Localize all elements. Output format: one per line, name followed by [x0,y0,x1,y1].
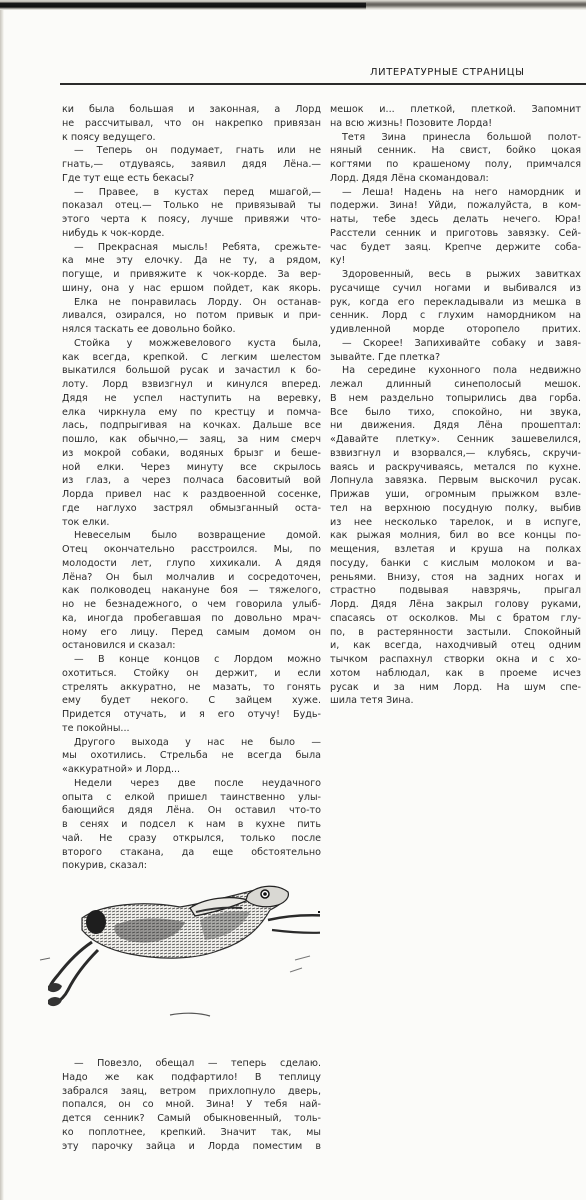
text-line: показал отец.— Только не привязывай ты [62,199,321,213]
text-line: и, как всегда, находчивый отец одним [330,639,581,653]
text-line: Лорд. Дядя Лёна скомандовал: [330,172,581,186]
text-line: Елка не понравилась Лорду. Он останав- [62,296,321,310]
text-line: нялся таскать ее довольно бойко. [62,323,321,337]
text-line: ко поплотнее, крепкий. Значит так, мы [62,1126,321,1140]
text-line: — Скорее! Запихивайте собаку и завя- [330,337,581,351]
text-line: забрался заяц, ветром прихлопнуло дверь, [62,1085,321,1099]
hare-illustration [20,850,320,1025]
text-line: На середине кухонного пола недвижно [330,364,581,378]
text-line: не рассчитывал, что он накрепко привязан [62,117,321,131]
text-line: на всю жизнь! Позовите Лорда! [330,117,581,131]
text-line: погуще, и привяжите к чок-корде. За вер- [62,268,321,282]
text-line: когтями по крашеному полу, примчался [330,158,581,172]
text-line: опыта с елкой пришел таинственно улы- [62,791,321,805]
text-line: из мокрой собаки, водяных брызг и беше- [62,447,321,461]
text-line: выкатился большой русак и зачастил к бо- [62,364,321,378]
text-line: зывайте. Где плетка? [330,351,581,365]
text-line: ваясь и раскручиваясь, метался по кухне. [330,461,581,475]
text-line: подержи. Зина! Уйди, пожалуйста, в ком- [330,199,581,213]
running-header: ЛИТЕРАТУРНЫЕ СТРАНИЦЫ [0,0,586,90]
text-line: где наглухо застрял обмызганный оста- [62,502,321,516]
text-line: Где тут еще есть бекасы? [62,172,321,186]
text-line: «аккуратной» и Лорд... [62,763,321,777]
text-line: по, в растерянности застыли. Спокойный [330,626,581,640]
text-line: ток елки. [62,516,321,530]
text-line: попался, он со мной. Зина! У тебя най- [62,1098,321,1112]
text-line: лежал длинный синеполосый мешок. [330,378,581,392]
text-line: в сенях и подсел к нам в кухне пить [62,818,321,832]
text-line: елка чиркнула ему по крестцу и помча- [62,406,321,420]
text-line: спасаясь от осколков. Мы с братом глу- [330,612,581,626]
text-line: чай. Не сразу открылся, только после [62,832,321,846]
text-line: ка мне эту елочку. Да не ту, а рядом, [62,254,321,268]
text-line: пошло, как обычно,— заяц, за ним смерч [62,433,321,447]
text-line: бающийся дядя Лёна. Он оставил что-то [62,804,321,818]
text-line: гнать,— отдуваясь, заявил дядя Лёна.— [62,158,321,172]
text-line: лась, подпрыгивая на кочках. Дальше все [62,419,321,433]
text-line: — Повезло, обещал — теперь сделаю. [62,1057,321,1071]
text-line: тел на верхнюю посудную полку, выбив [330,502,581,516]
text-line: — Прекрасная мысль! Ребята, срежьте- [62,241,321,255]
text-line: ному его лицу. Перед самым домом он [62,626,321,640]
text-line: мы охотились. Стрельба не всегда была [62,749,321,763]
text-line: Недели через две после неудачного [62,777,321,791]
text-line: ему будет некого. С зайцем хуже. [62,694,321,708]
text-line: русак и за ним Лорд. На шум спе- [330,681,581,695]
text-line: страстно подвывая навзрячь, прыгал [330,584,581,598]
text-line: ливался, озирался, но потом привык и при… [62,309,321,323]
text-line: нибудь к чок-корде. [62,227,321,241]
text-line: Надо же как подфартило! В теплицу [62,1071,321,1085]
text-line: как рыжая молния, бил во все концы по- [330,529,581,543]
text-line: Лорда привел нас к раздвоенной сосенке, [62,488,321,502]
text-line: Придется отучать, и я его отучу! Будь- [62,708,321,722]
left-column-continuation: — Повезло, обещал — теперь сделаю.Надо ж… [62,1057,321,1153]
text-line: но не безнадежного, о чем говорила улыб- [62,598,321,612]
text-line: шину, она у нас ершом пойдет, как якорь. [62,282,321,296]
text-line: — Теперь он подумает, гнать или не [62,144,321,158]
text-line: час будет заяц. Крепче держите соба- [330,241,581,255]
text-line: стрелять аккуратно, не мазать, то гонять [62,681,321,695]
text-line: В нем раздельно топырились два горба. [330,392,581,406]
text-line: дется сенник? Самый обыкновенный, толь- [62,1112,321,1126]
text-line: как всегда, крепкой. С легким шелестом [62,351,321,365]
text-line: — Леша! Надень на него намордник и [330,186,581,200]
text-line: ка, иногда пробегавшая по довольно мрач- [62,612,321,626]
text-line: посуду, банки с кислым молоком и ва- [330,557,581,571]
text-line: — В конце концов с Лордом можно [62,653,321,667]
text-line: Другого выхода у нас не было — [62,736,321,750]
text-line: к поясу ведущего. [62,131,321,145]
text-line: Дядя не успел наступить на веревку, [62,392,321,406]
text-line: — Правее, в кустах перед мшагой,— [62,186,321,200]
text-line: как полководец накануне боя — тяжелого, [62,584,321,598]
text-line: из нее несколько тарелок, и в испуге, [330,516,581,530]
text-line: Здоровенный, весь в рыжих завитках [330,268,581,282]
text-line: лоту. Лорд взвизгнул и кинулся вперед. [62,378,321,392]
text-line: реньями. Внизу, стоя на задних ногах и [330,571,581,585]
text-line: мещения, взлетая и круша на полках [330,543,581,557]
text-line: русачище сучил ногами и выбивался из [330,282,581,296]
left-column: ки была большая и законная, а Лордне рас… [62,103,321,873]
text-line: Расстели сенник и приготовь завязку. Сей… [330,227,581,241]
text-line: этого черта к поясу, лучше привяжи что- [62,213,321,227]
text-line: Отец окончательно расстроился. Мы, по [62,543,321,557]
text-line: Все было тихо, спокойно, ни звука, [330,406,581,420]
text-line: из глаз, а через полчаса басовитый вой [62,474,321,488]
text-line: Невеселым было возвращение домой. [62,529,321,543]
text-line: ки была большая и законная, а Лорд [62,103,321,117]
section-title: ЛИТЕРАТУРНЫЕ СТРАНИЦЫ [370,67,525,78]
text-line: хотом наблюдал, как в проеме исчез [330,667,581,681]
text-line: охотиться. Стойку он держит, и если [62,667,321,681]
text-line: ной елки. Через минуту все скрылось [62,461,321,475]
text-line: «Давайте плетку». Сенник зашевелился, [330,433,581,447]
page-left-edge [0,10,4,1200]
text-line: взвизгнул и взорвался,— клубясь, скручи- [330,447,581,461]
text-line: наты, тебе здесь делать нечего. Юра! [330,213,581,227]
running-hare-icon [20,850,320,1025]
text-line: рук, когда его перекладывали из мешка в [330,296,581,310]
text-line: те покойны... [62,722,321,736]
text-line: няный сенник. На свист, бойко цокая [330,144,581,158]
text-line: тычком распахнул створки окна и с хо- [330,653,581,667]
text-line: Лёна? Он был молчалив и сосредоточен, [62,571,321,585]
text-line: ни движения. Дядя Лёна прошептал: [330,419,581,433]
text-line: Лопнула завязка. Первым выскочил русак. [330,474,581,488]
text-line: ку! [330,254,581,268]
header-rule [60,83,586,85]
text-line: молодости лет, глупо хихикали. А дядя [62,557,321,571]
text-line: сенник. Лорд с глухим намордником на [330,309,581,323]
text-line: Лорд. Дядя Лёна закрыл голову руками, [330,598,581,612]
text-line: Тетя Зина принесла большой полот- [330,131,581,145]
text-line: шила тетя Зина. [330,694,581,708]
text-line: удивленной морде оторопело притих. [330,323,581,337]
text-line: мешок и... плеткой, плеткой. Запомнит [330,103,581,117]
text-line: Прижав уши, огромным прыжком взле- [330,488,581,502]
text-line: Стойка у можжевелового куста была, [62,337,321,351]
text-line: эту парочку зайца и Лорда поместим в [62,1140,321,1154]
right-column: мешок и... плеткой, плеткой. Запомнитна … [330,103,581,708]
text-line: остановился и сказал: [62,639,321,653]
